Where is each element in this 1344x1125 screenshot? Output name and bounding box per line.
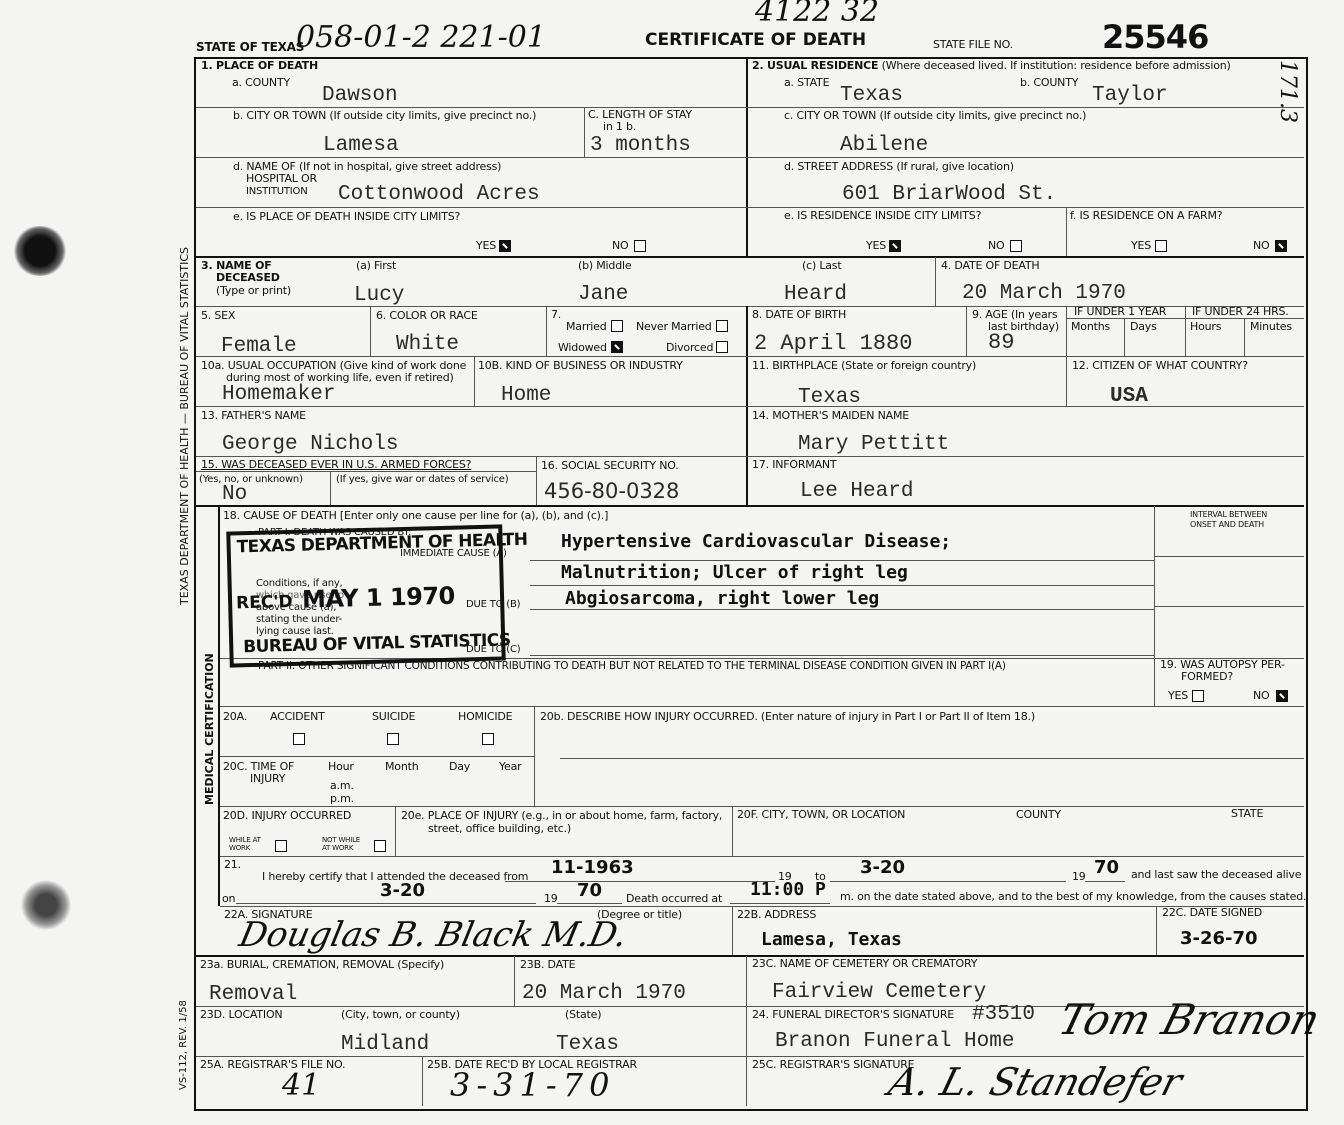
state-file-number: 25546 xyxy=(1102,18,1208,56)
registrar-signature: A. L. Standefer xyxy=(884,1060,1187,1104)
registrar-file-value[interactable]: 41 xyxy=(282,1068,320,1103)
middle-name-label: (b) Middle xyxy=(578,260,631,272)
received-stamp: TEXAS DEPARTMENT OF HEALTH REC'D MAY 1 1… xyxy=(226,524,505,667)
attended-to-year[interactable]: 70 xyxy=(1094,858,1119,878)
armed-forces-sub1: (Yes, no, or unknown) xyxy=(199,474,303,486)
mother-label: 14. MOTHER'S MAIDEN NAME xyxy=(752,410,909,422)
widowed-checkbox[interactable] xyxy=(611,341,623,353)
describe-injury-label: 20b. DESCRIBE HOW INJURY OCCURRED. (Ente… xyxy=(540,711,1035,723)
funeral-director-signature: Tom Branon xyxy=(1053,995,1325,1044)
burial-date-value[interactable]: 20 March 1970 xyxy=(522,983,686,1005)
autopsy-no-checkbox[interactable] xyxy=(1276,690,1288,702)
certification-num: 21. xyxy=(224,859,241,871)
residence-inside-no-checkbox[interactable] xyxy=(1010,240,1022,252)
residence-inside-no-label: NO xyxy=(988,240,1005,252)
farm-no-checkbox[interactable] xyxy=(1275,240,1287,252)
race-label: 6. COLOR OR RACE xyxy=(376,310,478,322)
armed-forces-value[interactable]: No xyxy=(222,484,247,506)
place-of-injury-label-1: 20e. PLACE OF INJURY (e.g., in or about … xyxy=(401,810,722,822)
location-state-value[interactable]: Texas xyxy=(556,1034,619,1056)
accident-label: ACCIDENT xyxy=(270,711,325,723)
age-value[interactable]: 89 xyxy=(988,332,1014,354)
date-signed-label: 22c. DATE SIGNED xyxy=(1162,907,1262,919)
stamp-bureau: BUREAU OF VITAL STATISTICS xyxy=(243,630,511,657)
farm-no-label: NO xyxy=(1253,240,1270,252)
under-1-year-label: IF UNDER 1 YEAR xyxy=(1074,306,1166,318)
am-label: a.m. xyxy=(330,780,354,792)
department-side-label: TEXAS DEPARTMENT OF HEALTH — BUREAU OF V… xyxy=(178,247,191,605)
length-of-stay-value[interactable]: 3 months xyxy=(590,135,691,157)
cemetery-label: 23c. NAME OF CEMETERY OR CREMATORY xyxy=(752,958,977,970)
attended-from[interactable]: 11-1963 xyxy=(551,858,634,878)
registrar-file-label: 25a. REGISTRAR'S FILE NO. xyxy=(200,1059,345,1071)
street-address-value[interactable]: 601 BriarWood St. xyxy=(842,184,1056,206)
cause-of-death-label: 18. CAUSE OF DEATH [Enter only one cause… xyxy=(223,510,608,522)
county-label: a. COUNTY xyxy=(232,77,290,89)
inside-no-label: NO xyxy=(612,240,629,252)
disposition-label: 23a. BURIAL, CREMATION, REMOVAL (Specify… xyxy=(200,959,444,971)
injury-occurred-label: 20d. INJURY OCCURRED xyxy=(223,810,351,822)
date-signed-value[interactable]: 3-26-70 xyxy=(1180,929,1258,949)
last-name-value[interactable]: Heard xyxy=(784,284,847,306)
autopsy-yes-label: YES xyxy=(1168,690,1188,702)
birthplace-label: 11. BIRTHPLACE (State or foreign country… xyxy=(752,360,976,372)
while-at-work-label: WHILE AT WORK xyxy=(229,836,265,852)
time-of-injury-label-2: INJURY xyxy=(250,773,285,785)
occupation-value[interactable]: Homemaker xyxy=(222,384,335,406)
stamp-dept: TEXAS DEPARTMENT OF HEALTH xyxy=(236,530,527,558)
last-seen-year[interactable]: 70 xyxy=(577,881,602,901)
attended-to[interactable]: 3-20 xyxy=(860,858,905,878)
punch-hole xyxy=(12,226,68,276)
death-time[interactable]: 11:00 P xyxy=(750,880,826,900)
inside-city-limits-label: e. IS PLACE OF DEATH INSIDE CITY LIMITS? xyxy=(233,211,460,223)
location-city-sub: (City, town, or county) xyxy=(341,1009,460,1021)
stamp-date: MAY 1 1970 xyxy=(302,582,455,614)
residence-city-value[interactable]: Abilene xyxy=(840,135,928,157)
married-checkbox[interactable] xyxy=(611,320,623,332)
injury-county-label: COUNTY xyxy=(1016,809,1061,821)
informant-label: 17. INFORMANT xyxy=(752,459,836,471)
farm-yes-checkbox[interactable] xyxy=(1155,240,1167,252)
interval-label-2: ONSET AND DEATH xyxy=(1190,519,1264,531)
not-while-at-work-label: NOT WHILE AT WORK xyxy=(322,836,370,852)
cause-line-a[interactable]: Hypertensive Cardiovascular Disease; xyxy=(561,532,951,552)
location-label: 23d. LOCATION xyxy=(200,1009,282,1021)
handwritten-number: 058-01-2 221-01 xyxy=(296,20,546,55)
month-label: Month xyxy=(385,761,418,773)
certify-text-3: m. on the date stated above, and to the … xyxy=(840,891,1306,903)
city-label: b. CITY OR TOWN (If outside city limits,… xyxy=(233,110,536,122)
sex-label: 5. SEX xyxy=(201,310,235,322)
inside-yes-checkbox[interactable] xyxy=(499,240,511,252)
residence-inside-yes-label: YES xyxy=(866,240,886,252)
autopsy-no-label: NO xyxy=(1253,690,1270,702)
suicide-label: SUICIDE xyxy=(372,711,415,723)
date-of-death-label: 4. DATE OF DEATH xyxy=(941,260,1039,272)
deceased-name-label-3: (Type or print) xyxy=(216,285,291,297)
date-of-death-value[interactable]: 20 March 1970 xyxy=(962,283,1126,305)
while-at-work-checkbox[interactable] xyxy=(275,840,287,852)
dob-value[interactable]: 2 April 1880 xyxy=(754,333,912,355)
address-label: 22b. ADDRESS xyxy=(737,909,816,921)
injury-state-label: STATE xyxy=(1231,808,1263,820)
on-label: on xyxy=(222,893,235,905)
place-of-injury-label-2: street, office building, etc.) xyxy=(428,823,571,835)
nineteen-3: 19 xyxy=(544,893,558,905)
funeral-director-label: 24. FUNERAL DIRECTOR'S SIGNATURE xyxy=(752,1009,954,1021)
residence-county-value[interactable]: Taylor xyxy=(1092,85,1168,107)
disposition-value[interactable]: Removal xyxy=(209,984,297,1006)
marital-label: 7. xyxy=(551,309,561,321)
hospital-sub2: INSTITUTION xyxy=(246,186,307,198)
death-occurred-label: Death occurred at xyxy=(626,893,722,905)
father-value[interactable]: George Nichols xyxy=(222,434,398,456)
deceased-name-label-2: DECEASED xyxy=(216,272,280,284)
handwritten-top: 4122 32 xyxy=(755,0,879,29)
location-state-sub: (State) xyxy=(565,1009,601,1021)
homicide-label: HOMICIDE xyxy=(458,711,512,723)
last-name-label: (c) Last xyxy=(802,260,841,272)
homicide-checkbox[interactable] xyxy=(482,733,494,745)
last-seen-date[interactable]: 3-20 xyxy=(380,881,425,901)
minutes-label: Minutes xyxy=(1250,321,1292,333)
injury-type-label: 20a. xyxy=(223,711,247,723)
first-name-value[interactable]: Lucy xyxy=(354,285,404,307)
injury-city-label: 20f. CITY, TOWN, OR LOCATION xyxy=(737,809,905,821)
days-label: Days xyxy=(1130,321,1157,333)
hospital-value[interactable]: Cottonwood Acres xyxy=(338,184,540,206)
suicide-checkbox[interactable] xyxy=(387,733,399,745)
middle-name-value[interactable]: Jane xyxy=(578,284,628,306)
residence-state-value[interactable]: Texas xyxy=(840,85,903,107)
race-value[interactable]: White xyxy=(396,334,459,356)
months-label: Months xyxy=(1071,321,1110,333)
registrar-date-value[interactable]: 3-31-70 xyxy=(450,1066,615,1104)
business-label: 10b. KIND OF BUSINESS OR INDUSTRY xyxy=(478,360,683,372)
registrar-signature-label: 25c. REGISTRAR'S SIGNATURE xyxy=(752,1059,914,1071)
length-of-stay-sub: in 1 b. xyxy=(603,121,636,133)
burial-date-label: 23b. DATE xyxy=(520,959,575,971)
citizen-value[interactable]: USA xyxy=(1110,386,1148,408)
street-address-label: d. STREET ADDRESS (If rural, give locati… xyxy=(784,161,1014,173)
hours-label: Hours xyxy=(1190,321,1221,333)
never-married-label: Never Married xyxy=(636,321,712,333)
state-file-label: STATE FILE NO. xyxy=(933,39,1013,51)
dob-label: 8. DATE OF BIRTH xyxy=(752,309,846,321)
business-value[interactable]: Home xyxy=(501,385,551,407)
not-while-at-work-checkbox[interactable] xyxy=(374,840,386,852)
location-city-value[interactable]: Midland xyxy=(341,1034,429,1056)
residence-label: 2. USUAL RESIDENCE (Where deceased lived… xyxy=(752,60,1231,72)
county-value[interactable]: Dawson xyxy=(322,85,398,107)
cause-line-b[interactable]: Abgiosarcoma, right lower leg xyxy=(565,589,879,609)
mother-value[interactable]: Mary Pettitt xyxy=(798,434,949,456)
under-24-hrs-label: IF UNDER 24 HRS. xyxy=(1192,306,1289,318)
cause-line-a2[interactable]: Malnutrition; Ulcer of right leg xyxy=(561,563,908,583)
inside-no-checkbox[interactable] xyxy=(634,240,646,252)
form-title: CERTIFICATE OF DEATH xyxy=(645,30,866,50)
first-name-label: (a) First xyxy=(356,260,396,272)
father-label: 13. FATHER'S NAME xyxy=(201,410,306,422)
punch-hole xyxy=(20,880,72,930)
divorced-checkbox[interactable] xyxy=(716,341,728,353)
state-label: STATE OF TEXAS xyxy=(196,41,304,53)
residence-inside-yes-checkbox[interactable] xyxy=(889,240,901,252)
farm-yes-label: YES xyxy=(1131,240,1151,252)
divorced-label: Divorced xyxy=(666,342,713,354)
pm-label: p.m. xyxy=(330,793,354,805)
ssn-label: 16. SOCIAL SECURITY NO. xyxy=(541,460,679,472)
residence-inside-label: e. IS RESIDENCE INSIDE CITY LIMITS? xyxy=(784,210,981,222)
residence-county-label: b. COUNTY xyxy=(1020,77,1078,89)
hour-label: Hour xyxy=(328,761,354,773)
armed-forces-label: 15. WAS DECEASED EVER IN U.S. ARMED FORC… xyxy=(201,459,471,471)
form-number: VS-112, REV. 1/58 xyxy=(178,1000,189,1090)
residence-state-label: a. STATE xyxy=(784,77,829,89)
citizen-label: 12. CITIZEN OF WHAT COUNTRY? xyxy=(1072,360,1248,372)
city-value[interactable]: Lamesa xyxy=(323,135,399,157)
day-label: Day xyxy=(449,761,470,773)
physician-signature: Douglas B. Black M.D. xyxy=(236,915,631,955)
autopsy-yes-checkbox[interactable] xyxy=(1192,690,1204,702)
widowed-label: Widowed xyxy=(558,342,607,354)
nineteen-2: 19 xyxy=(1072,871,1086,883)
certify-text-2: and last saw the deceased alive xyxy=(1131,869,1301,881)
married-label: Married xyxy=(566,321,607,333)
never-married-checkbox[interactable] xyxy=(716,320,728,332)
funeral-director-number: #3510 xyxy=(972,1004,1035,1026)
farm-label: f. IS RESIDENCE ON A FARM? xyxy=(1070,210,1222,222)
stamp-recd: REC'D xyxy=(236,592,293,613)
informant-value[interactable]: Lee Heard xyxy=(800,481,913,503)
armed-forces-sub2: (If yes, give war or dates of service) xyxy=(336,474,508,486)
autopsy-label-2: FORMED? xyxy=(1181,671,1233,683)
sex-value[interactable]: Female xyxy=(221,336,297,358)
year-label: Year xyxy=(499,761,522,773)
address-value[interactable]: Lamesa, Texas xyxy=(761,930,902,950)
residence-city-label: c. CITY OR TOWN (If outside city limits,… xyxy=(784,110,1086,122)
inside-yes-label: YES xyxy=(476,240,496,252)
accident-checkbox[interactable] xyxy=(293,733,305,745)
funeral-home-value[interactable]: Branon Funeral Home xyxy=(775,1031,1014,1053)
cemetery-value[interactable]: Fairview Cemetery xyxy=(772,982,986,1004)
hospital-sub1: HOSPITAL OR xyxy=(246,173,317,185)
place-of-death-label: 1. PLACE OF DEATH xyxy=(201,60,318,72)
ssn-value[interactable]: 456-80-0328 xyxy=(544,480,679,502)
